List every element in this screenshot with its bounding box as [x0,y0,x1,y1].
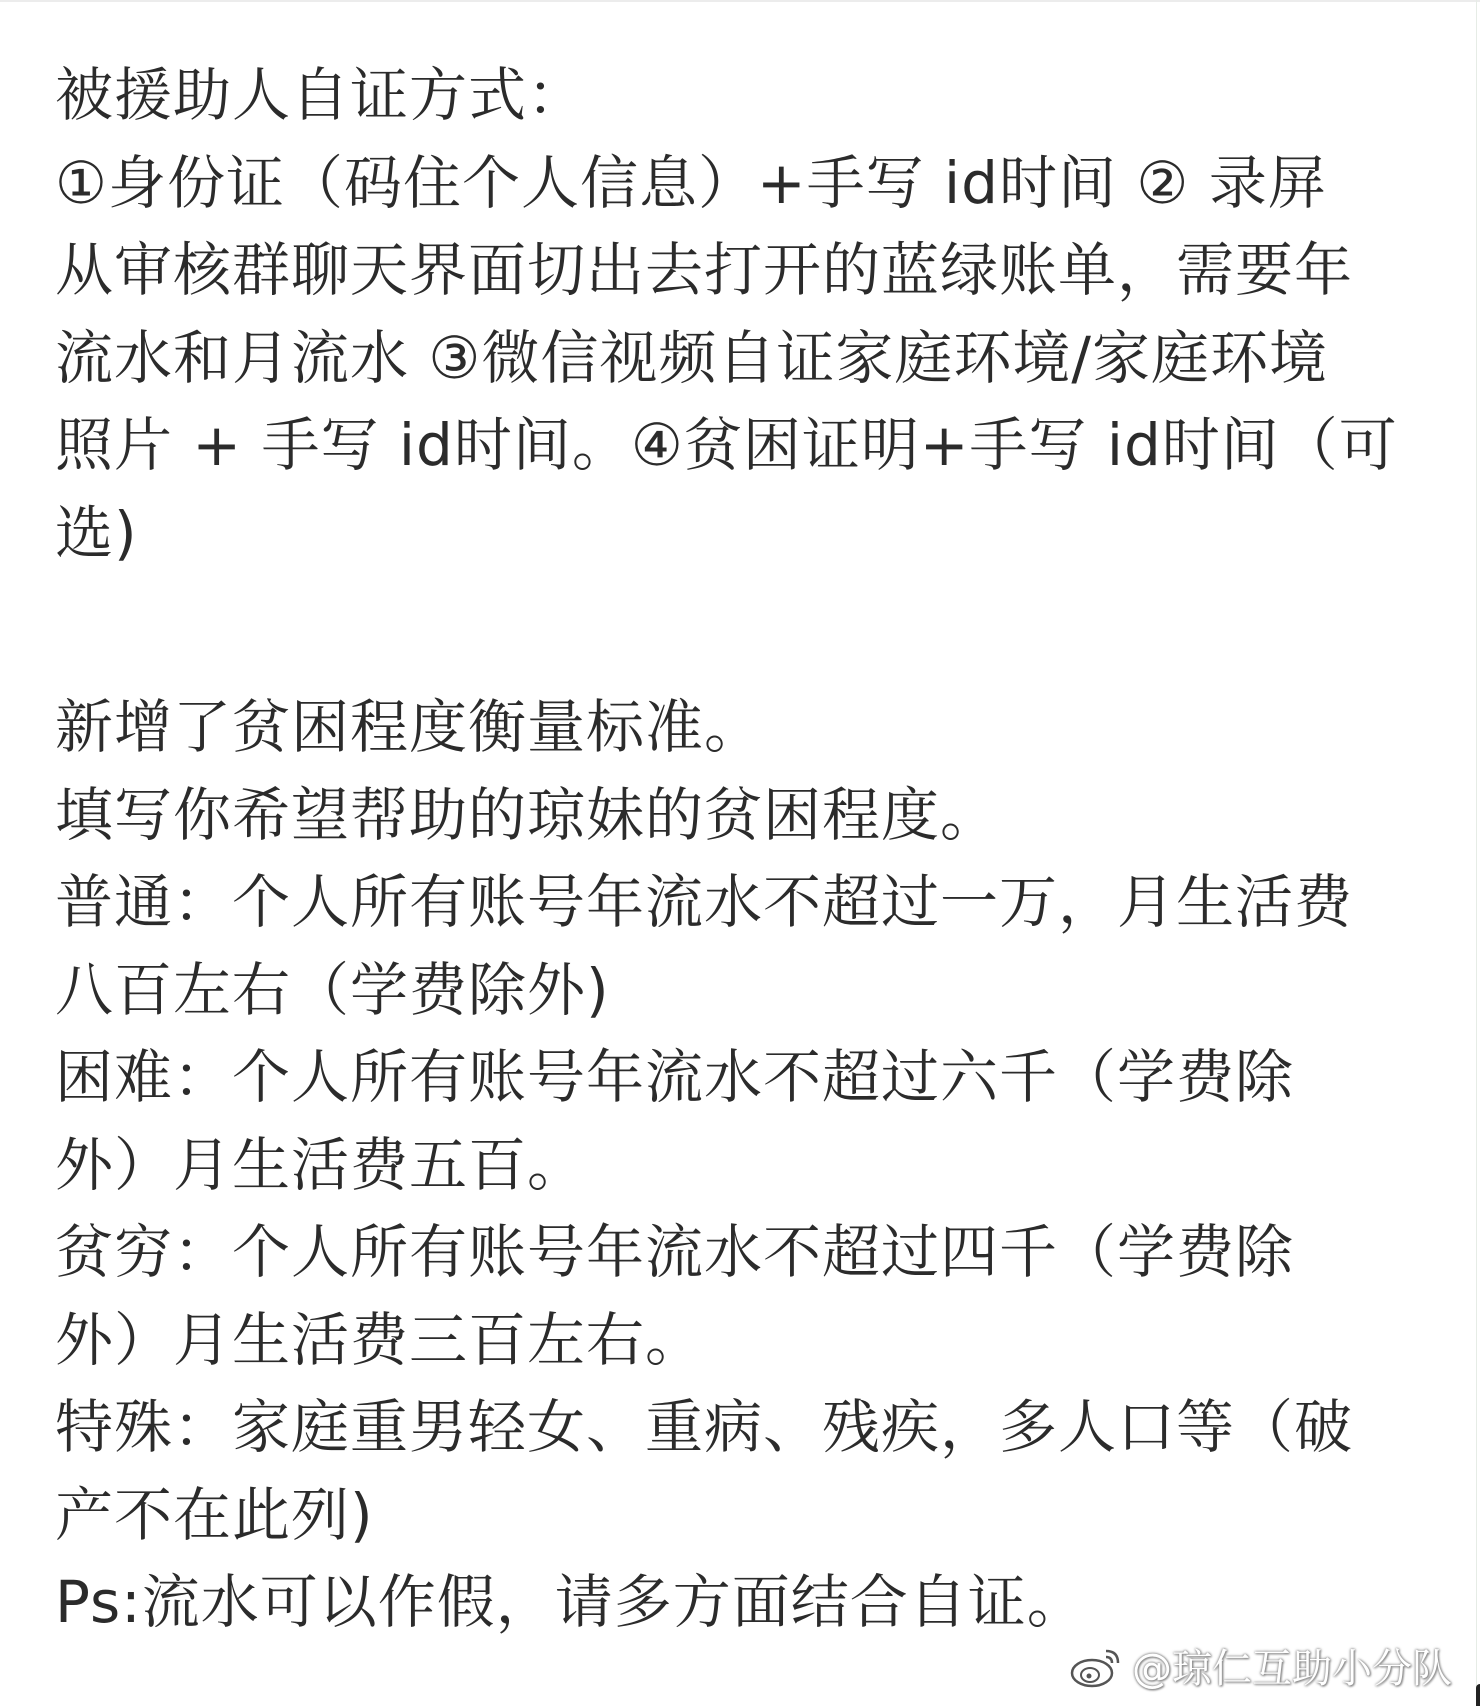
text-line: 流水和月流水 ③微信视频自证家庭环境/家庭环境 [55,315,1455,403]
paragraph-spacer [55,577,1455,684]
text-line-level-poor: 贫穷：个人所有账号年流水不超过四千（学费除 [55,1209,1455,1297]
text-line-new-standard: 新增了贫困程度衡量标准。 [55,684,1455,772]
text-line-ps-note: Ps:流水可以作假，请多方面结合自证。 [55,1559,1455,1647]
right-edge-divider [1476,0,1477,1706]
text-line: 选) [55,490,1455,578]
corner-edge [1476,1684,1480,1706]
watermark-text: @琼仁互助小分队 [1132,1637,1452,1694]
text-line-level-normal: 普通：个人所有账号年流水不超过一万，月生活费 [55,859,1455,947]
text-line: ①身份证（码住个人信息）+手写 id时间 ② 录屏 [55,140,1455,228]
text-line: 照片 + 手写 id时间。④贫困证明+手写 id时间（可 [55,402,1455,490]
weibo-icon [1068,1643,1126,1689]
text-line: 从审核群聊天界面切出去打开的蓝绿账单，需要年 [55,227,1455,315]
text-line: 八百左右（学费除外) [55,947,1455,1035]
post-text-body: 被援助人自证方式： ①身份证（码住个人信息）+手写 id时间 ② 录屏 从审核群… [55,52,1455,1647]
text-line: 外）月生活费三百左右。 [55,1297,1455,1385]
text-line: 填写你希望帮助的琼妹的贫困程度。 [55,772,1455,860]
text-line: 外）月生活费五百。 [55,1122,1455,1210]
text-line: 产不在此列) [55,1472,1455,1560]
section-title-self-verification: 被援助人自证方式： [55,52,1455,140]
text-line-level-special: 特殊：家庭重男轻女、重病、残疾，多人口等（破 [55,1384,1455,1472]
weibo-watermark: @琼仁互助小分队 [1068,1637,1452,1694]
top-edge-divider [0,0,1480,2]
text-line-level-difficult: 困难：个人所有账号年流水不超过六千（学费除 [55,1034,1455,1122]
